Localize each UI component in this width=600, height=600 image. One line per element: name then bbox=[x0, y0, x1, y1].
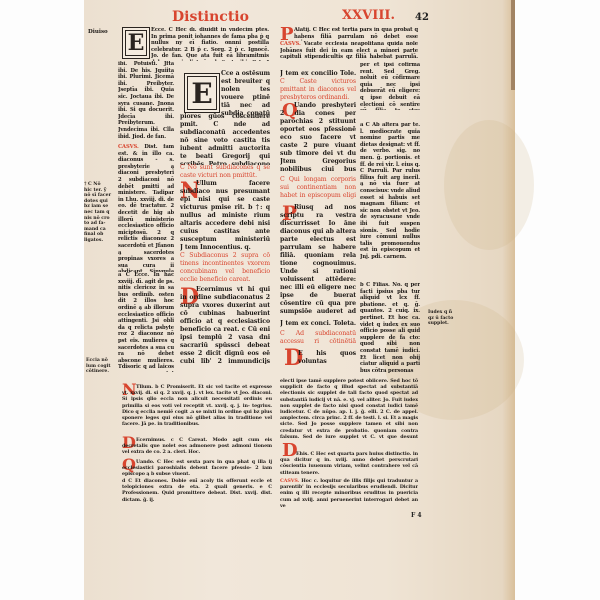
margin-note-left-middle: † C Nō hic ter. ỹ nō sī facer dotes qui … bbox=[84, 182, 116, 244]
running-head-right: XXVIII. bbox=[342, 8, 395, 23]
book-page: Distinctio XXVIII. 42 Diuiso E Ecce. C H… bbox=[84, 0, 515, 600]
text-praeterea: Alatij. C Hec est tertia pars in qua pro… bbox=[294, 27, 418, 41]
gloss-decernimus: Ecernimus. c C Careat. Modo agit cum eis… bbox=[122, 437, 272, 457]
folio-number: 42 bbox=[415, 12, 429, 23]
water-stain bbox=[444, 120, 534, 250]
rubric-longam-continentiam: C Qui longam corporis sui continentiam n… bbox=[280, 176, 356, 200]
item-concilio-tole: J tem ex concilio Tole. v. bbox=[280, 70, 356, 78]
margin-note-left-lower: Eccia nō lum cogit cōtinere. bbox=[86, 358, 118, 375]
rubric-caste-victuros: C Caste victuros pmittant in diaconos ve… bbox=[280, 78, 356, 102]
gloss-col3-b: a C Ab altera par te. l. mediocrate quia… bbox=[360, 122, 420, 282]
item-innocentius: J tem Innocentius. q. bbox=[180, 244, 270, 252]
casus-label: CASVS. bbox=[280, 478, 299, 484]
gloss-full-width: electi ipse tamē supplere potest obiicer… bbox=[280, 378, 418, 440]
gloss-nullum: Tllum. b C Promiserit. Et sic vel tacite… bbox=[122, 384, 272, 434]
running-head-left: Distinctio bbox=[172, 9, 249, 25]
text-decernimus: Ecernimus vt hi qui in ordine subdiacona… bbox=[180, 286, 270, 364]
gloss-ecce: a C Ecce. In hac xxviij. dī. agit de ps.… bbox=[118, 272, 174, 372]
gloss-left-column: ibi. Potuisti. Jfta ibi. De his. Jquiita… bbox=[118, 61, 174, 143]
text-nullum: Ullum facere subdiaco nus presumant epī … bbox=[180, 180, 270, 244]
woodcut-initial-e: E bbox=[122, 27, 150, 59]
gloss-de-his: Ehis. C Hec est quarta pars huius distin… bbox=[280, 451, 418, 477]
gloss-quando: Uando. C Hec est sexta pars in qua phat … bbox=[122, 459, 272, 479]
gloss-diacones: d C Et diacones. Dobie enī acoly tis off… bbox=[122, 478, 272, 504]
casus-label: CASVS. bbox=[280, 41, 301, 47]
casus-label: CASVS. bbox=[118, 144, 139, 150]
item-concilio-toleta: J tem ex conci. Toleta. q. bbox=[280, 320, 356, 328]
gloss-top: Ecce. C Hec dī. diuidit in vndecim ptes.… bbox=[151, 27, 269, 61]
text-ecce: Cce a ostēsum est breuiter q nolen tes v… bbox=[221, 70, 270, 115]
gloss-col3-c: b C Filias. No. q per facti ipsius pba t… bbox=[360, 282, 420, 376]
casus-column2: CASVS. Vacāte ecclesia neapolitana quidā… bbox=[280, 41, 418, 61]
text-subdiaconatum: piores gūos cōscendere pmit. C nde ad su… bbox=[180, 113, 270, 165]
rubric-ad-subdiaconatum: C Ad subdiaconatū accessu ri cōtinētiā p… bbox=[280, 330, 356, 346]
woodcut-initial-e-large: E bbox=[184, 73, 220, 113]
margin-note-right: Iudex q ñ qz ū facto supplet. bbox=[428, 310, 468, 327]
text-quando: Uando presbyteri 2 dia cones per parochi… bbox=[280, 102, 356, 158]
rubric-subdiaconus: C Subdiaconus 2 supra cō tinens incontin… bbox=[180, 252, 270, 284]
text-priusquam: Riusq ad nos scriptu ra vestra discurris… bbox=[280, 204, 356, 316]
gloss-col3-a: per et ipsi cōfirma rent. Sed Greg. nolu… bbox=[360, 62, 420, 110]
casus-column1: CASVS. Dist. fam est. & in illo ca. diac… bbox=[118, 144, 174, 272]
casus-de-his: CASVS. Hoc c. loquitur de illis filijs q… bbox=[280, 478, 418, 512]
item-gregorius: Jtem Gregorius nobilibus ciui bus neapo. bbox=[280, 158, 356, 174]
text-de-his: E his quos voluntas parentum a primis bbox=[298, 350, 356, 366]
margin-note-division: Diuiso bbox=[88, 29, 108, 35]
signature-mark: F 4 bbox=[411, 512, 422, 519]
